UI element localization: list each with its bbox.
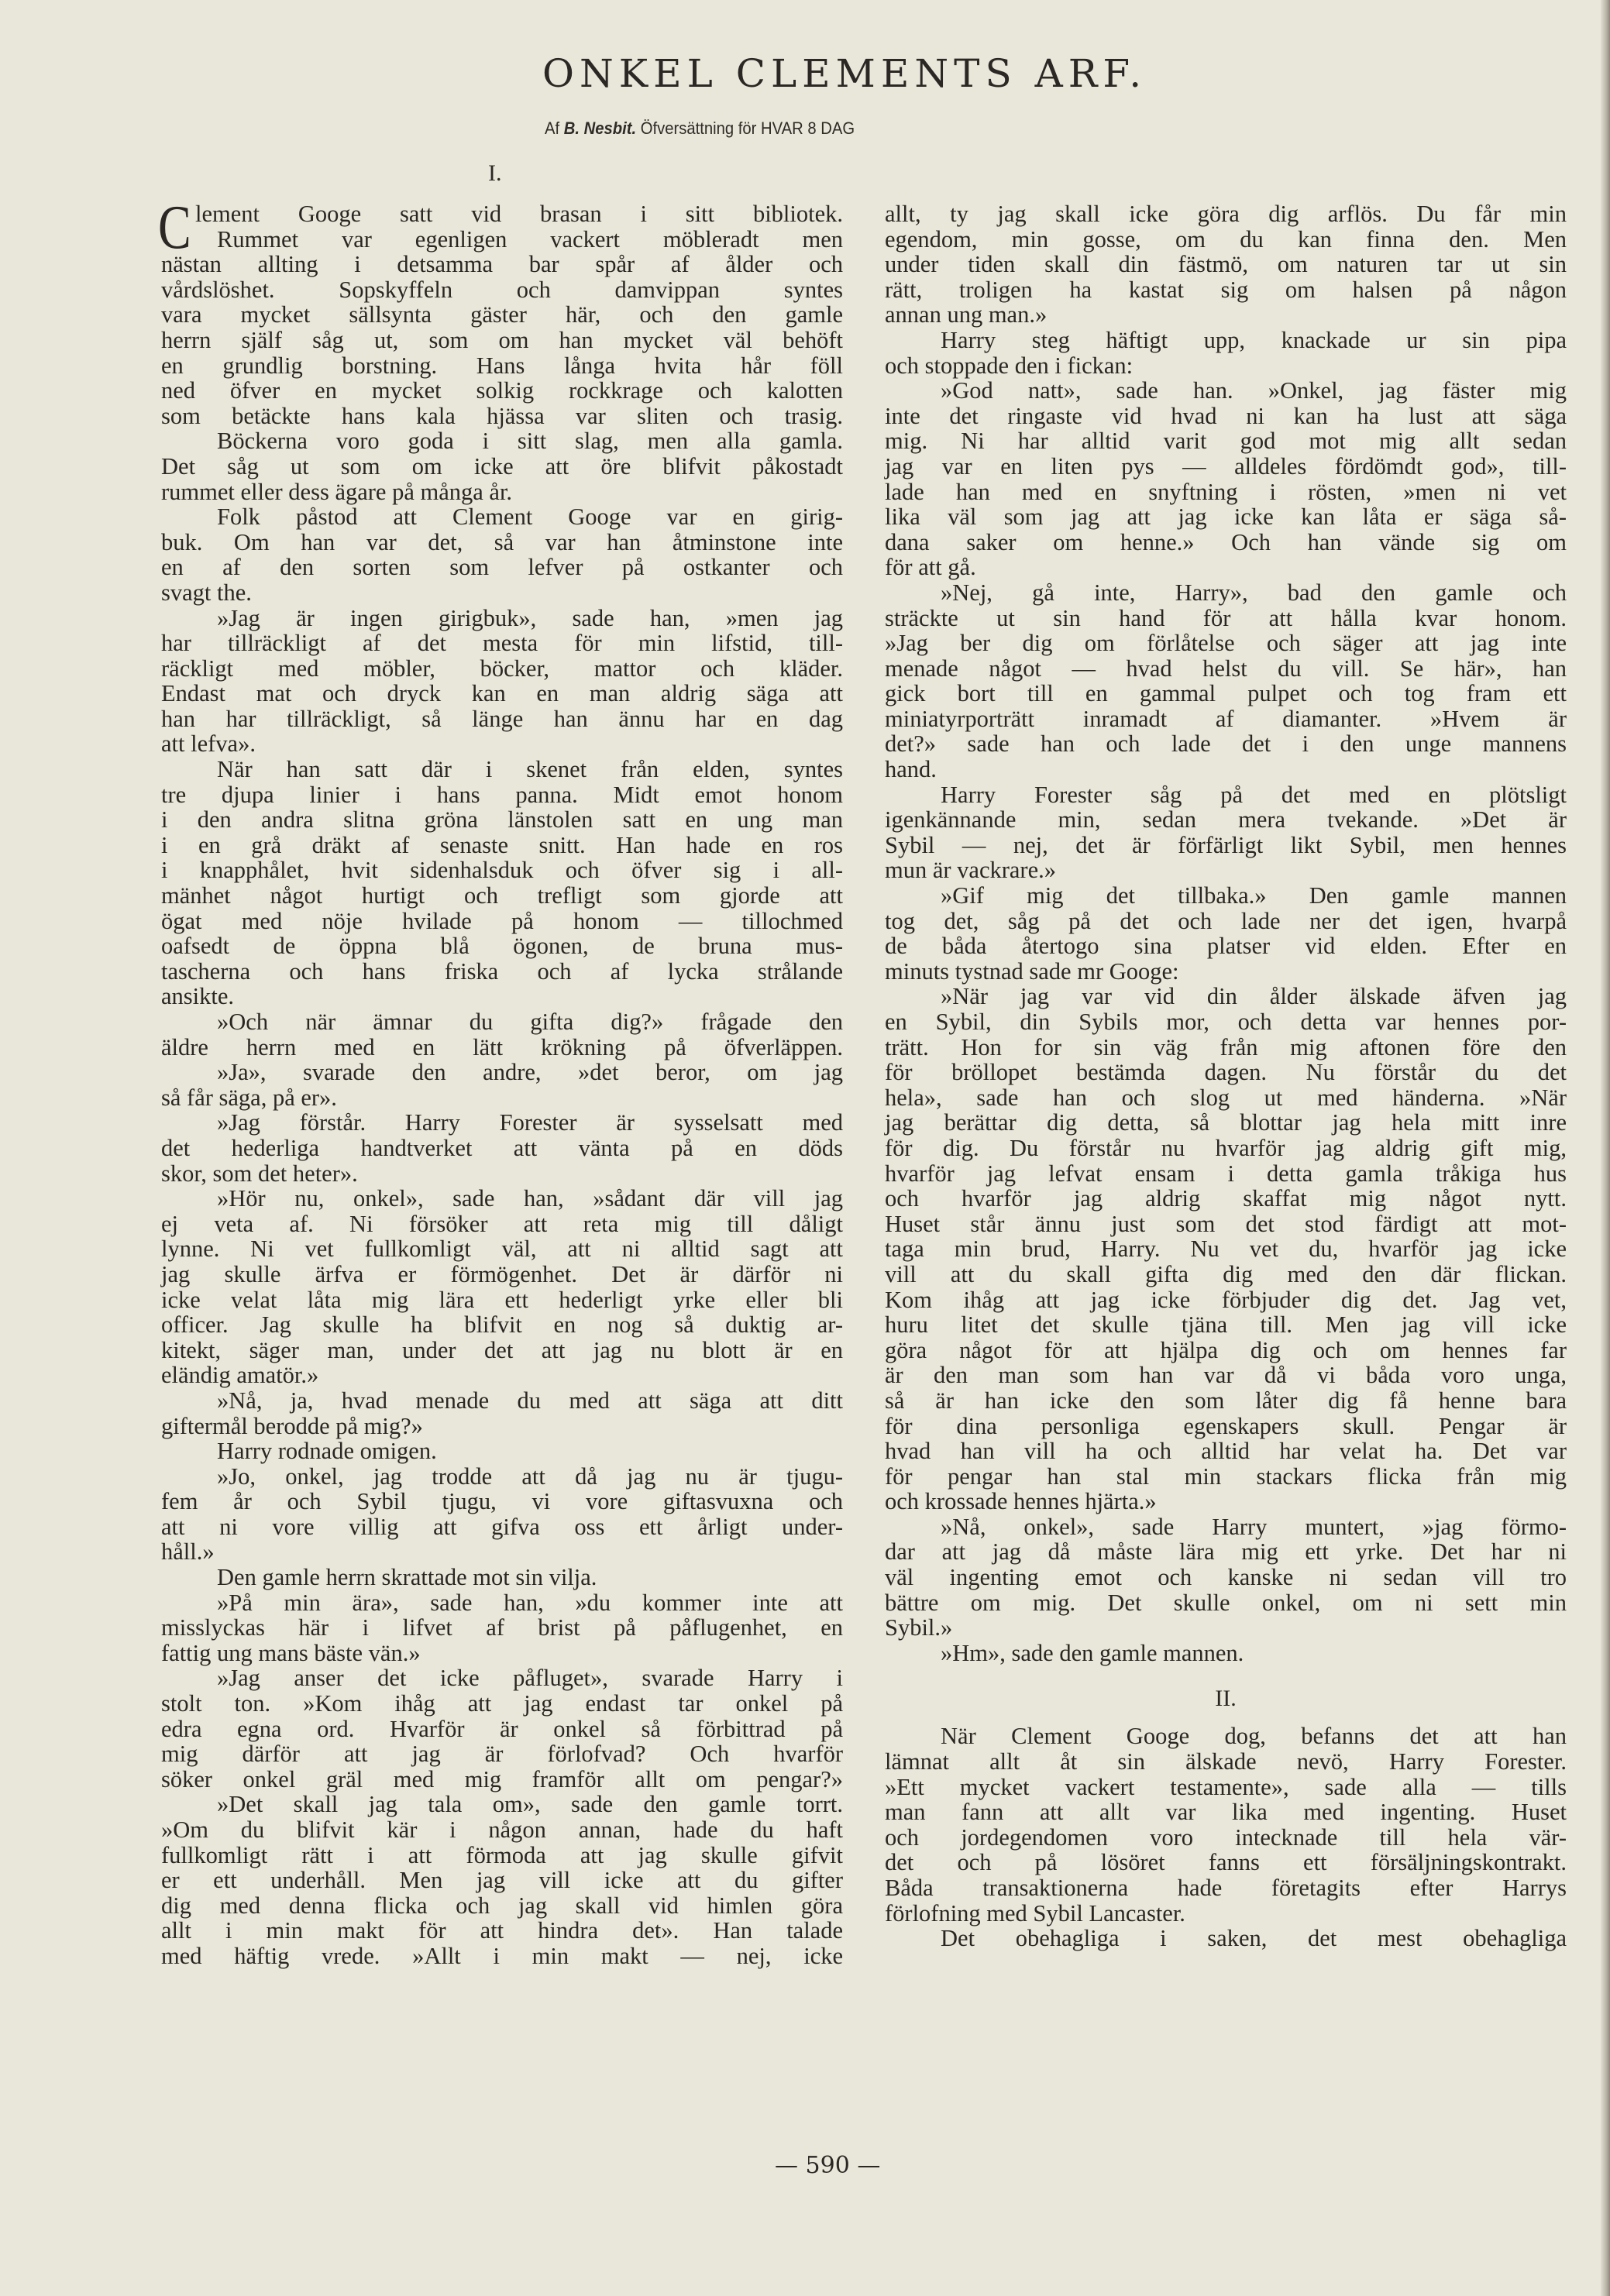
text-line: för dig. Du förstår nu hvarför jag aldri… bbox=[885, 1136, 1567, 1161]
article-title: ONKEL CLEMENTS ARF. bbox=[542, 51, 1147, 96]
text-line: Sybil.» bbox=[885, 1615, 1567, 1641]
text-line: »Nå, onkel», sade Harry muntert, »jag fö… bbox=[885, 1514, 1567, 1540]
text-line: ögat med nöje hvilade på honom — tilloch… bbox=[161, 909, 843, 934]
text-line: »Jag förstår. Harry Forester är sysselsa… bbox=[161, 1110, 843, 1136]
section-heading-2: II. bbox=[885, 1665, 1567, 1724]
text-line: Det obehagliga i saken, det mest obehagl… bbox=[885, 1926, 1567, 1951]
text-line: göra något för att hjälpa dig och om hen… bbox=[885, 1338, 1567, 1363]
text-line: Sybil — nej, det är förfärligt likt Sybi… bbox=[885, 833, 1567, 858]
right-column-text-part2: När Clement Googe dog, befanns det att h… bbox=[885, 1724, 1567, 1951]
text-line: hand. bbox=[885, 757, 1567, 782]
text-line: lika väl som jag att jag icke kan låta e… bbox=[885, 504, 1567, 530]
page-number: — 590 — bbox=[775, 2152, 880, 2179]
text-line: »Om du blifvit kär i någon annan, hade d… bbox=[161, 1817, 843, 1843]
text-line: »Nej, gå inte, Harry», bad den gamle och bbox=[885, 580, 1567, 606]
right-column: allt, ty jag skall icke göra dig arflös.… bbox=[885, 201, 1567, 1951]
text-line: och stoppade den i fickan: bbox=[885, 353, 1567, 379]
text-line: för bröllopet bestämda dagen. Nu förstår… bbox=[885, 1060, 1567, 1085]
text-line: det och på lösöret fanns ett försäljning… bbox=[885, 1850, 1567, 1875]
text-line: lade han med en snyftning i rösten, »men… bbox=[885, 479, 1567, 505]
text-line: kitekt, säger man, under det att jag nu … bbox=[161, 1338, 843, 1363]
text-line: rätt, troligen ha kastat sig om halsen p… bbox=[885, 277, 1567, 303]
text-line: eländig amatör.» bbox=[161, 1363, 843, 1388]
text-line: »Jo, onkel, jag trodde att då jag nu är … bbox=[161, 1464, 843, 1490]
text-line: söker onkel gräl med mig framför allt om… bbox=[161, 1767, 843, 1792]
text-line: egendom, min gosse, om du kan finna den.… bbox=[885, 227, 1567, 253]
text-line: minuts tystnad sade mr Googe: bbox=[885, 959, 1567, 985]
text-line: för dina personliga egenskapers skull. P… bbox=[885, 1414, 1567, 1439]
text-line: så får säga, på er». bbox=[161, 1085, 843, 1111]
text-line: Den gamle herrn skrattade mot sin vilja. bbox=[161, 1565, 843, 1590]
text-line: oafsedt de öppna blå ögonen, de bruna mu… bbox=[161, 933, 843, 959]
text-line: huru litet det skulle tjäna till. Men ja… bbox=[885, 1312, 1567, 1338]
text-line: Harry steg häftigt upp, knackade ur sin … bbox=[885, 328, 1567, 353]
text-line: förlofning med Sybil Lancaster. bbox=[885, 1901, 1567, 1927]
text-line: det?» sade han och lade det i den unge m… bbox=[885, 731, 1567, 757]
text-line: de båda återtogo sina platser vid elden.… bbox=[885, 933, 1567, 959]
text-line: i knapphålet, hvit sidenhalsduk och öfve… bbox=[161, 858, 843, 883]
text-line: »Nå, ja, hvad menade du med att säga att… bbox=[161, 1388, 843, 1414]
text-line: väl ingenting emot och kanske ni sedan v… bbox=[885, 1565, 1567, 1590]
text-line: Folk påstod att Clement Googe var en gir… bbox=[161, 504, 843, 530]
text-line: rummet eller dess ägare på många år. bbox=[161, 479, 843, 505]
text-line: Harry Forester såg på det med en plötsli… bbox=[885, 782, 1567, 808]
text-line: ned öfver en mycket solkig rockkrage och… bbox=[161, 378, 843, 404]
text-line: misslyckas här i lifvet af brist på påfl… bbox=[161, 1615, 843, 1641]
text-line: det hederliga handtverket att vänta på e… bbox=[161, 1136, 843, 1161]
text-line: bättre om mig. Det skulle onkel, om ni s… bbox=[885, 1590, 1567, 1616]
text-line: er ett underhåll. Men jag vill icke att … bbox=[161, 1868, 843, 1893]
byline-prefix: Af bbox=[545, 119, 559, 138]
text-line: dana saker om henne.» Och han vände sig … bbox=[885, 530, 1567, 555]
text-line: »Jag är ingen girigbuk», sade han, »men … bbox=[161, 606, 843, 631]
text-line: lynne. Ni vet fullkomligt väl, att ni al… bbox=[161, 1236, 843, 1262]
text-line: och hvarför jag aldrig skaffat mig något… bbox=[885, 1186, 1567, 1212]
text-line: och jordegendomen voro intecknade till h… bbox=[885, 1825, 1567, 1851]
text-line: en Sybil, din Sybils mor, och detta var … bbox=[885, 1009, 1567, 1035]
text-line: en af den sorten som lefver på ostkanter… bbox=[161, 555, 843, 580]
byline-author: B. Nesbit. bbox=[564, 119, 636, 138]
text-line: buk. Om han var det, så var han åtminsto… bbox=[161, 530, 843, 555]
text-line: nästan allting i detsamma bar spår af ål… bbox=[161, 252, 843, 277]
text-line: »Hm», sade den gamle mannen. bbox=[885, 1641, 1567, 1666]
text-line: trätt. Hon for sin väg från mig aftonen … bbox=[885, 1035, 1567, 1060]
text-line: dar att jag då måste lära mig ett yrke. … bbox=[885, 1539, 1567, 1565]
byline-suffix: Öfversättning för HVAR 8 DAG bbox=[641, 119, 855, 138]
text-line: tre djupa linier i hans panna. Midt emot… bbox=[161, 782, 843, 808]
text-line: att lefva». bbox=[161, 731, 843, 757]
text-line: Harry rodnade omigen. bbox=[161, 1438, 843, 1464]
text-line: officer. Jag skulle ha blifvit en nog så… bbox=[161, 1312, 843, 1338]
text-line: mun är vackrare.» bbox=[885, 858, 1567, 883]
text-line: håll.» bbox=[161, 1539, 843, 1565]
text-line: »Jag ber dig om förlåtelse och säger att… bbox=[885, 631, 1567, 656]
text-line: Endast mat och dryck kan en man aldrig s… bbox=[161, 681, 843, 706]
text-line: taga min brud, Harry. Nu vet du, hvarför… bbox=[885, 1236, 1567, 1262]
text-line: ej veta af. Ni försöker att reta mig til… bbox=[161, 1212, 843, 1237]
text-line: har tillräckligt af det mesta för min li… bbox=[161, 631, 843, 656]
text-line: som betäckte hans kala hjässa var sliten… bbox=[161, 404, 843, 429]
text-line: allt i min makt för att hindra det». Han… bbox=[161, 1918, 843, 1944]
text-line: När Clement Googe dog, befanns det att h… bbox=[885, 1724, 1567, 1749]
right-column-text-part1: allt, ty jag skall icke göra dig arflös.… bbox=[885, 201, 1567, 1665]
text-line: räckligt med möbler, böcker, mattor och … bbox=[161, 656, 843, 682]
text-line: inte det ringaste vid hvad ni kan ha lus… bbox=[885, 404, 1567, 429]
text-line: lement Googe satt vid brasan i sitt bibl… bbox=[161, 201, 843, 227]
text-line: »När jag var vid din ålder älskade äfven… bbox=[885, 984, 1567, 1009]
text-line: jag berättar dig detta, så blottar jag h… bbox=[885, 1110, 1567, 1136]
text-line: svagt the. bbox=[161, 580, 843, 606]
text-line: Det såg ut som om icke att öre blifvit p… bbox=[161, 454, 843, 479]
text-line: för att gå. bbox=[885, 555, 1567, 580]
text-line: När han satt där i skenet från elden, sy… bbox=[161, 757, 843, 782]
text-line: »På min ära», sade han, »du kommer inte … bbox=[161, 1590, 843, 1616]
text-line: hela», sade han och slog ut med händerna… bbox=[885, 1085, 1567, 1111]
text-line: allt, ty jag skall icke göra dig arflös.… bbox=[885, 201, 1567, 227]
text-line: med häftig vrede. »Allt i min makt — nej… bbox=[161, 1944, 843, 1969]
text-line: skor, som det heter». bbox=[161, 1161, 843, 1187]
text-line: mig därför att jag är förlofvad? Och hva… bbox=[161, 1741, 843, 1767]
text-line: Rummet var egenligen vackert möbleradt m… bbox=[161, 227, 843, 253]
text-line: mänhet något hurtigt och trefligt som gj… bbox=[161, 883, 843, 909]
text-line: »Ja», svarade den andre, »det beror, om … bbox=[161, 1060, 843, 1085]
text-line: »Och när ämnar du gifta dig?» frågade de… bbox=[161, 1009, 843, 1035]
text-line: och krossade hennes hjärta.» bbox=[885, 1489, 1567, 1514]
text-line: i en grå dräkt af senaste snitt. Han had… bbox=[161, 833, 843, 858]
text-line: lämnat allt åt sin älskade nevö, Harry F… bbox=[885, 1749, 1567, 1775]
text-line: att ni vore villig att gifva oss ett årl… bbox=[161, 1514, 843, 1540]
text-line: »Ett mycket vackert testamente», sade al… bbox=[885, 1775, 1567, 1800]
text-line: tascherna och hans friska och af lycka s… bbox=[161, 959, 843, 985]
byline: Af B. Nesbit. Öfversättning för HVAR 8 D… bbox=[545, 119, 855, 139]
text-line: »Hör nu, onkel», sade han, »sådant där v… bbox=[161, 1186, 843, 1212]
section-heading-1: I. bbox=[488, 160, 502, 187]
text-line: fullkomligt rätt i att förmoda att jag s… bbox=[161, 1843, 843, 1868]
text-line: vill att du skall gifta dig med den där … bbox=[885, 1262, 1567, 1287]
text-line: igenkännande min, sedan mera tvekande. »… bbox=[885, 807, 1567, 833]
left-column-text: lement Googe satt vid brasan i sitt bibl… bbox=[161, 201, 843, 1969]
text-line: vårdslöshet. Sopskyffeln och damvippan s… bbox=[161, 277, 843, 303]
text-line: dig med denna flicka och jag skall vid h… bbox=[161, 1893, 843, 1919]
text-line: så är han icke den som låter dig få henn… bbox=[885, 1388, 1567, 1414]
text-line: mig. Ni har alltid varit god mot mig all… bbox=[885, 428, 1567, 454]
text-line: sträckte ut sin hand för att hålla kvar … bbox=[885, 606, 1567, 631]
text-line: är den man som han var då vi båda voro u… bbox=[885, 1363, 1567, 1388]
text-line: annan ung man.» bbox=[885, 302, 1567, 328]
page-edge bbox=[1601, 0, 1610, 2296]
text-line: Böckerna voro goda i sitt slag, men alla… bbox=[161, 428, 843, 454]
text-line: fem år och Sybil tjugu, vi vore giftasvu… bbox=[161, 1489, 843, 1514]
text-line: stolt ton. »Kom ihåg att jag endast tar … bbox=[161, 1691, 843, 1717]
text-line: Huset står ännu just som det stod färdig… bbox=[885, 1212, 1567, 1237]
text-line: under tiden skall din fästmö, om naturen… bbox=[885, 252, 1567, 277]
text-line: Båda transaktionerna hade företagits eft… bbox=[885, 1875, 1567, 1901]
text-line: »Jag anser det icke påfluget», svarade H… bbox=[161, 1665, 843, 1691]
text-line: fattig ung mans bäste vän.» bbox=[161, 1641, 843, 1666]
text-line: för pengar han stal min stackars flicka … bbox=[885, 1464, 1567, 1490]
text-line: miniatyrporträtt inramadt af diamanter. … bbox=[885, 706, 1567, 732]
text-line: vara mycket sällsynta gäster här, och de… bbox=[161, 302, 843, 328]
text-line: hvad han vill ha och alltid har velat ha… bbox=[885, 1438, 1567, 1464]
text-line: menade något — hvad helst du vill. Se hä… bbox=[885, 656, 1567, 682]
text-line: »Gif mig det tillbaka.» Den gamle mannen bbox=[885, 883, 1567, 909]
drop-cap: C bbox=[158, 197, 191, 259]
text-line: en grundlig borstning. Hans långa hvita … bbox=[161, 353, 843, 379]
text-line: herrn själf såg ut, som om han mycket vä… bbox=[161, 328, 843, 353]
text-line: icke velat låta mig lära ett hederligt y… bbox=[161, 1287, 843, 1313]
text-line: edra egna ord. Hvarför är onkel så förbi… bbox=[161, 1717, 843, 1742]
text-line: jag var en liten pys — alldeles fördömdt… bbox=[885, 454, 1567, 479]
text-line: hvarför jag lefvat ensam i detta gamla t… bbox=[885, 1161, 1567, 1187]
text-line: gick bort till en gammal pulpet och tog … bbox=[885, 681, 1567, 706]
text-line: äldre herrn med en lätt krökning på öfve… bbox=[161, 1035, 843, 1060]
text-line: »Det skall jag tala om», sade den gamle … bbox=[161, 1792, 843, 1817]
text-line: »God natt», sade han. »Onkel, jag fäster… bbox=[885, 378, 1567, 404]
text-line: ansikte. bbox=[161, 984, 843, 1009]
text-line: giftermål berodde på mig?» bbox=[161, 1414, 843, 1439]
text-line: tog det, såg på det och lade ner det ige… bbox=[885, 909, 1567, 934]
text-line: han har tillräckligt, så länge han ännu … bbox=[161, 706, 843, 732]
text-line: jag skulle ärfva er förmögenhet. Det är … bbox=[161, 1262, 843, 1287]
text-line: Kom ihåg att jag icke förbjuder dig det.… bbox=[885, 1287, 1567, 1313]
left-column: C lement Googe satt vid brasan i sitt bi… bbox=[161, 201, 843, 1969]
text-line: i den andra slitna gröna länstolen satt … bbox=[161, 807, 843, 833]
text-line: man fann att allt var lika med ingenting… bbox=[885, 1799, 1567, 1825]
